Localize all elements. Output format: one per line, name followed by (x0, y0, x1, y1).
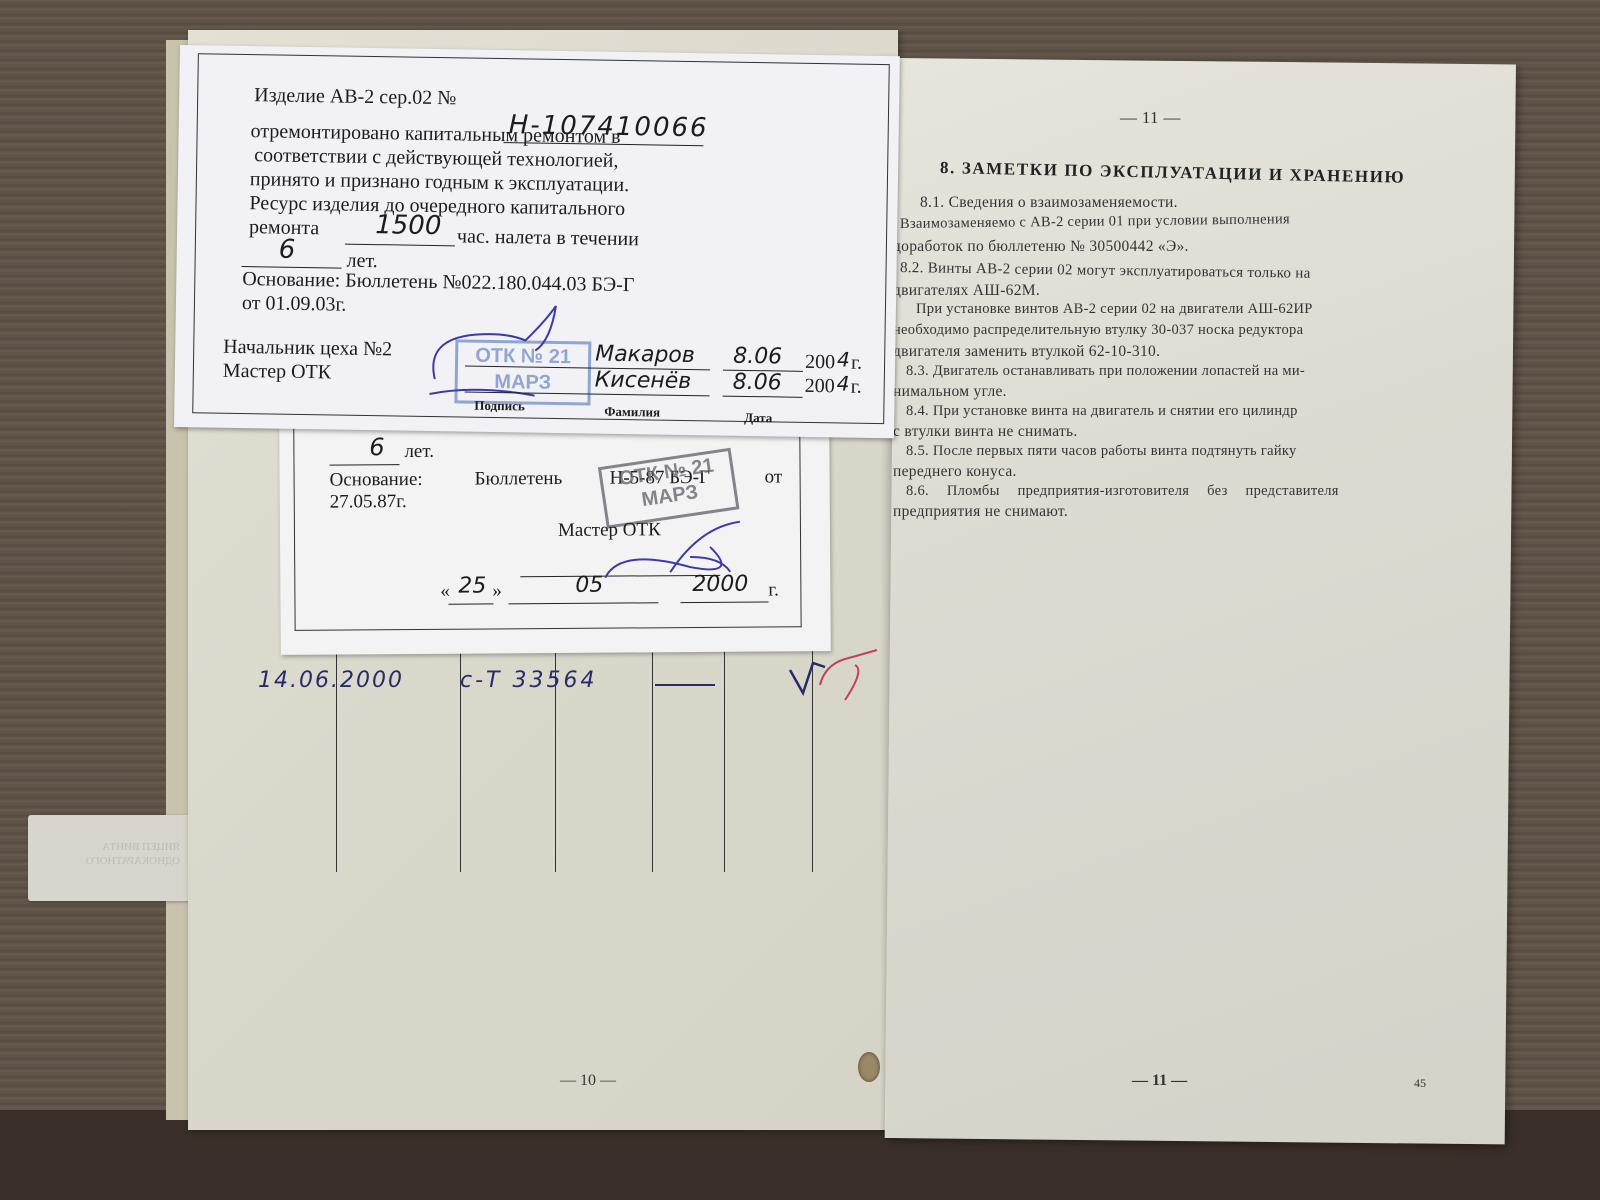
basis-from: от (765, 466, 783, 488)
text-line: нимальном угле. (893, 383, 1007, 401)
quote-close: » (492, 580, 502, 602)
text-line: 8.4. При установке винта на двигатель и … (906, 403, 1298, 420)
entry-reference: с-Т 33564 (460, 668, 597, 693)
day-value: 25 (458, 573, 486, 598)
caption-surname: Фамилия (604, 404, 660, 421)
chief-year-prefix: 200 (805, 351, 835, 374)
text-line: с втулки винта не снимать. (893, 423, 1078, 441)
chief-year-suffix: г. (851, 352, 862, 375)
basis-date: 27.05.87г. (330, 491, 407, 514)
basis-date: от 01.09.03г. (242, 292, 347, 317)
caption-date: Дата (744, 410, 772, 426)
chief-label: Начальник цеха №2 (223, 336, 392, 362)
chief-surname: Макаров (595, 342, 695, 369)
basis-label: Основание: (330, 469, 423, 492)
month-value: 05 (575, 573, 603, 598)
chief-date: 8.06 (733, 344, 782, 370)
product-label: Изделие АВ-2 сер.02 № (254, 84, 456, 110)
repair-certificate-slip-2000: 6 лет. Основание: Бюллетень Н-5-87 БЭ-Г … (279, 416, 831, 655)
resource-hours: 1500 (375, 210, 442, 241)
years-suffix: лет. (404, 441, 434, 463)
chief-signature (414, 299, 596, 402)
master-label: Мастер ОТК (223, 360, 332, 385)
master-year-suffix: г. (851, 376, 862, 399)
text-line: 8.3. Двигатель останавливать при положен… (906, 363, 1305, 380)
text-line: доработок по бюллетеню № 30500442 «Э». (893, 238, 1189, 256)
entry-signature (785, 645, 885, 705)
sheet-number: 45 (1414, 1076, 1426, 1091)
quote-open: « (440, 581, 450, 603)
bookmark-tab-text: ЯИЦЕП ВИНТА ОДНОКАРАТНОГО (60, 840, 180, 868)
text-line: 8.1. Сведения о взаимозаменяемости. (920, 194, 1178, 212)
master-year-prefix: 200 (805, 375, 835, 398)
repair-certificate-slip-2004: Изделие АВ-2 сер.02 № Н-107410066 отремо… (174, 45, 900, 438)
chief-year-digit: 4 (837, 347, 850, 371)
year-suffix: г. (768, 579, 779, 601)
text-line: двигателях АШ-62М. (893, 282, 1040, 300)
text-line: 8.6. Пломбы предприятия-изготовителя без… (906, 483, 1339, 500)
binding-hole (858, 1052, 880, 1082)
resource-years: 6 (279, 235, 296, 265)
caption-signature: Подпись (474, 398, 525, 415)
text-line: необходимо распределительную втулку 30-0… (893, 322, 1303, 339)
table-rule (724, 640, 725, 872)
year-value: 2000 (692, 572, 748, 597)
text-line: 8.5. После первых пяти часов работы винт… (906, 443, 1297, 460)
master-surname: Кисенёв (595, 368, 692, 395)
master-year-digit: 4 (837, 371, 850, 395)
master-date: 8.06 (733, 370, 782, 396)
basis-word: Бюллетень (475, 468, 563, 491)
text-line: переднего конуса. (893, 463, 1017, 481)
entry-date: 14.06.2000 (258, 668, 404, 693)
right-page-footer: — 11 — (1132, 1072, 1187, 1090)
table-rule (652, 640, 653, 872)
text-line: предприятия не снимают. (893, 503, 1068, 521)
resource-hours-suffix: час. налета в течении (457, 225, 639, 251)
right-page-header: — 11 — (1120, 108, 1181, 128)
years-value: 6 (369, 433, 384, 461)
text-line: двигателя заменить втулкой 62-10-310. (893, 343, 1160, 361)
entry-dash (655, 684, 715, 686)
left-page-number: — 10 — (560, 1072, 616, 1090)
text-line: При установке винтов АВ-2 серии 02 на дв… (916, 301, 1313, 318)
